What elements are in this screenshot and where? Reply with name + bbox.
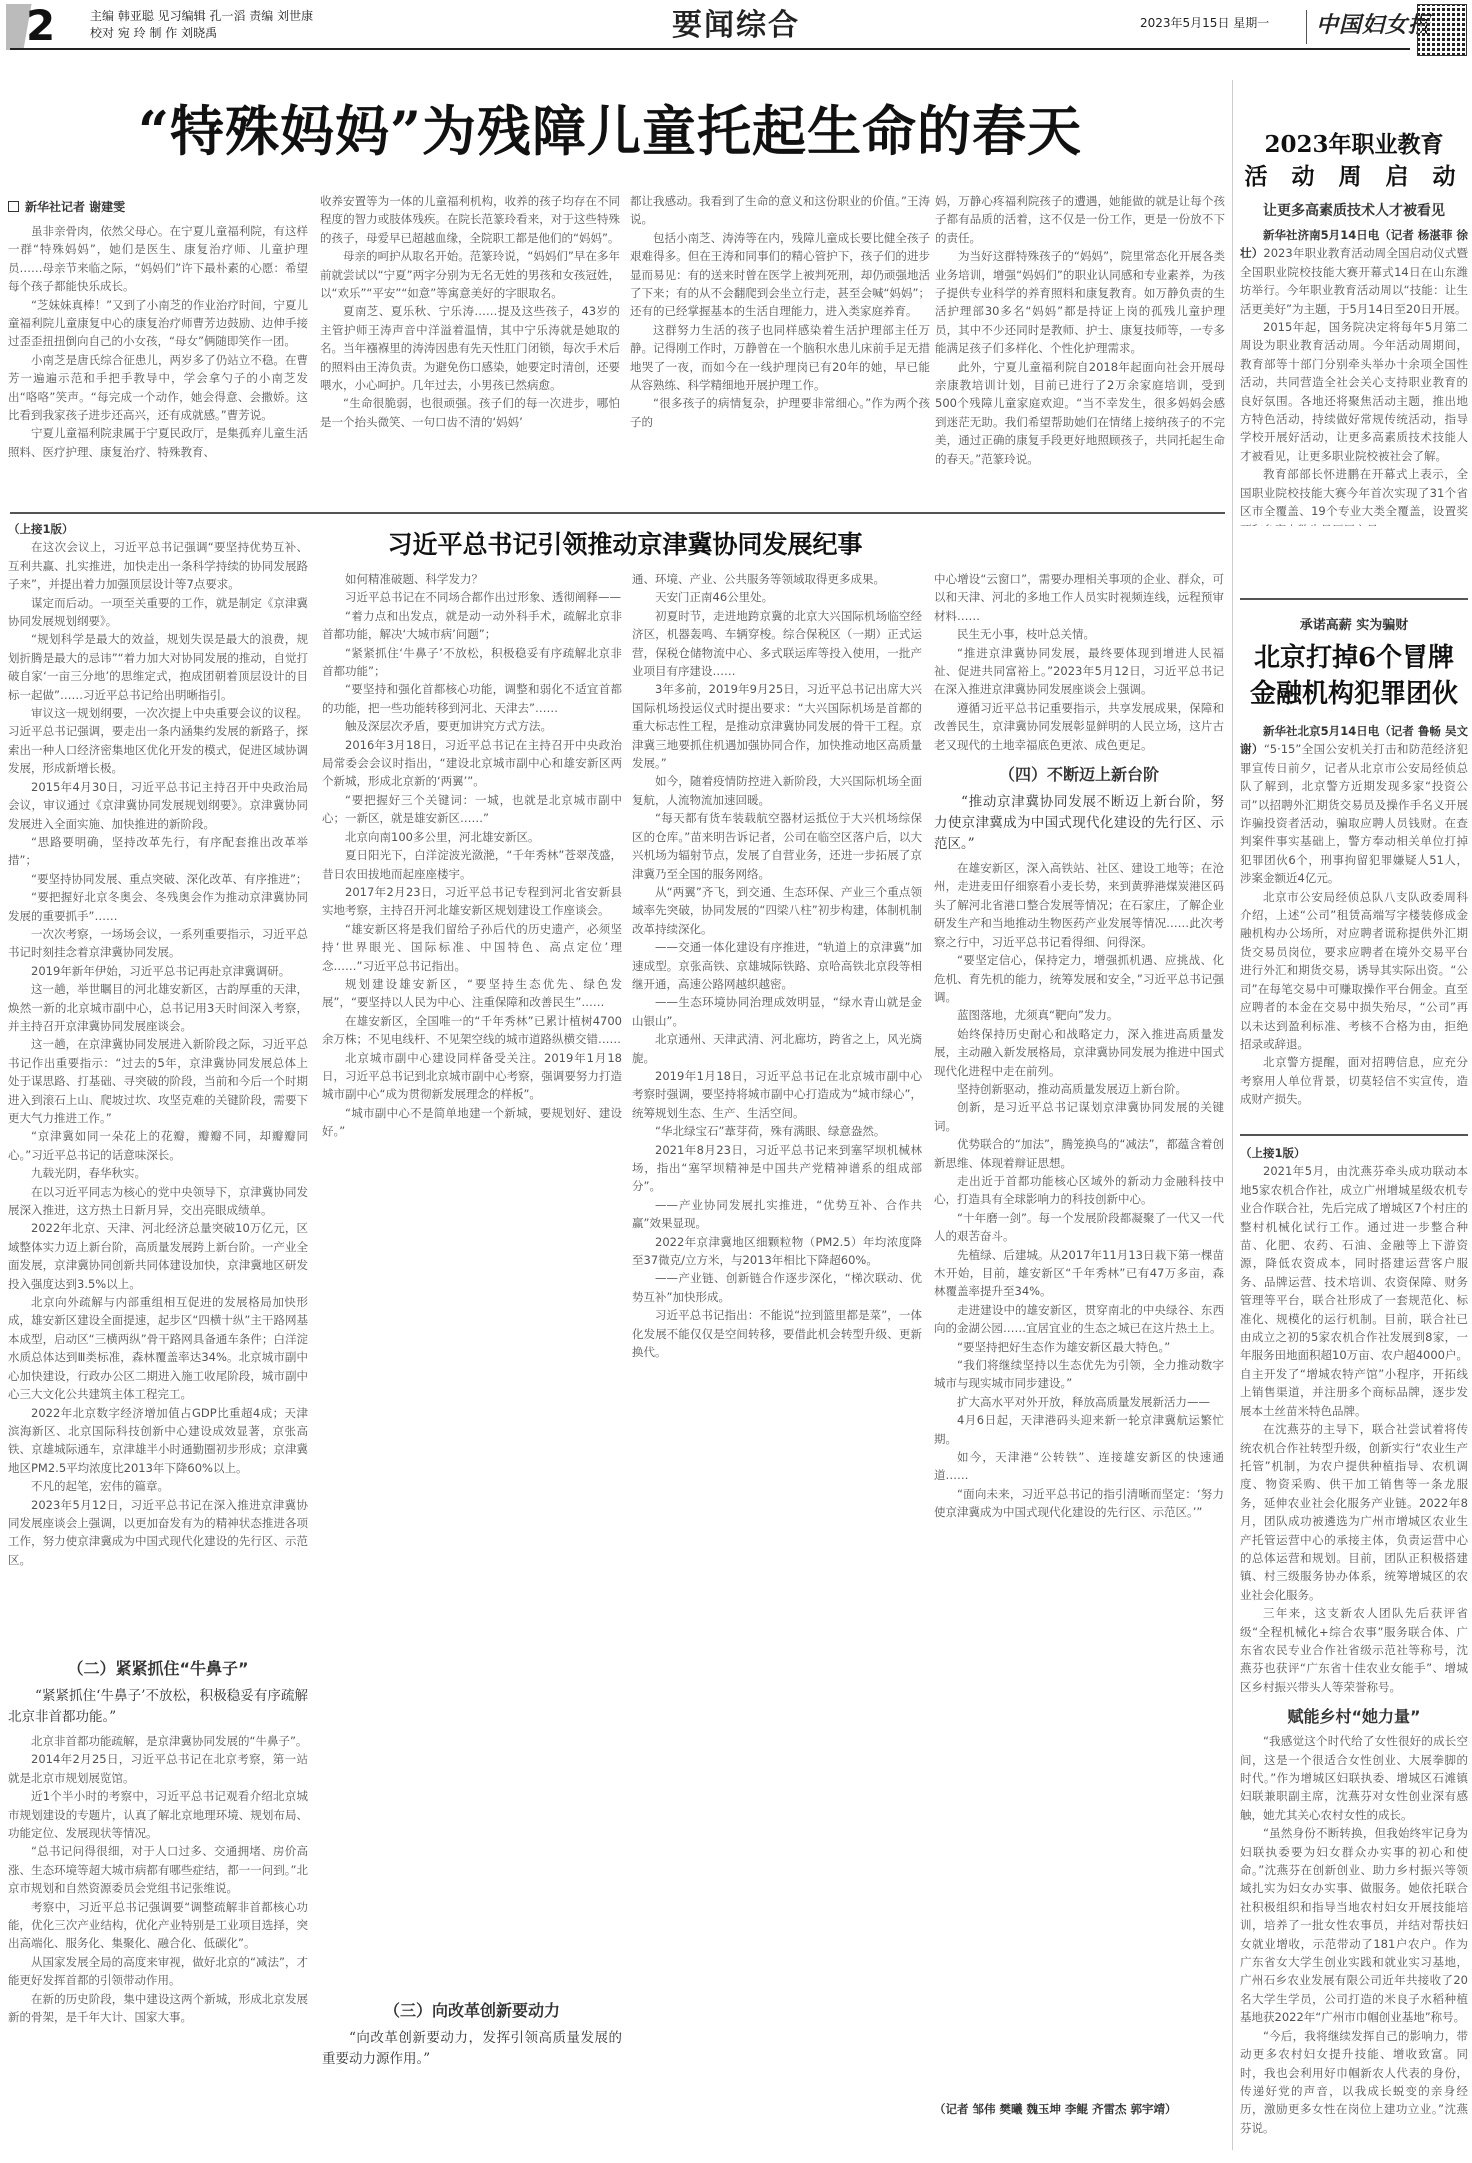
- paragraph: “总书记问得很细，对于人口过多、交通拥堵、房价高涨、生态环境等超大城市病都有哪些…: [8, 1842, 308, 1897]
- section-2-quote: “紧紧抓住‘牛鼻子’不放松，积极稳妥有序疏解北京非首都功能。”: [8, 1686, 308, 1728]
- masthead: 2 主编 韩亚聪 见习编辑 孔一滔 责编 刘世康 校对 宛 玲 制 作 刘晓禹 …: [0, 0, 1472, 56]
- paragraph: 母亲的呵护从取名开始。范篆玲说，“妈妈们”早在多年前就尝试以“宁夏”两字分别为无…: [320, 247, 620, 302]
- paragraph: 包括小南芝、涛涛等在内，残障儿童成长要比健全孩子艰难得多。但在王涛和同事们的精心…: [630, 229, 930, 321]
- paragraph: ——产业链、创新链合作逐步深化，“梯次联动、优势互补”加快形成。: [632, 1269, 922, 1306]
- feature-column-1: （上接1版） 在这次会议上，习近平总书记强调“要坚持优势互补、互利共赢、扎实推进…: [8, 520, 308, 1680]
- paragraph: 为当好这群特殊孩子的“妈妈”，院里常态化开展各类业务培训，增强“妈妈们”的职业认…: [935, 247, 1225, 357]
- paragraph: ——产业协同发展扎实推进，“优势互补、合作共赢”效果显现。: [632, 1196, 922, 1233]
- paragraph: 审议这一规划纲要，一次次提上中央重要会议的议程。习近平总书记强调，要走出一条内涵…: [8, 704, 308, 778]
- paragraph: 北京通州、天津武清、河北廊坊，跨省之上，风光旖旎。: [632, 1030, 922, 1067]
- paragraph: “5·15”全国公安机关打击和防范经济犯罪宣传日前夕，记者从北京市公安局经侦总队…: [1240, 742, 1468, 885]
- paragraph: “华北绿宝石”葦芽荷，殊有满眼、绿意盎然。: [632, 1122, 922, 1140]
- paragraph: 2015年4月30日，习近平总书记主持召开中央政治局会议，审议通过《京津冀协同发…: [8, 778, 308, 833]
- paragraph: 2016年3月18日，习近平总书记在主持召开中央政治局常委会会议时指出，“建设北…: [322, 736, 622, 791]
- paragraph: 扩大高水平对外开放，释放高质量发展新活力——: [934, 1393, 1224, 1411]
- paragraph: 2019年1月18日，习近平总书记在北京城市副中心考察时强调，要坚持将城市副中心…: [632, 1067, 922, 1122]
- feature-column-4: 中心增设“云窗口”，需要办理相关事项的企业、群众，可以和天津、河北的多地工作人员…: [934, 570, 1224, 2100]
- paragraph: “紧紧抓住‘牛鼻子’不放松，积极稳妥有序疏解北京非首都功能”；: [322, 644, 622, 681]
- paragraph: 遵循习近平总书记重要指示，共享发展成果，保障和改善民生，京津冀协同发展彰显鲜明的…: [934, 699, 1224, 754]
- paragraph: 4月6日起，天津港码头迎来新一轮京津冀航运繁忙期。: [934, 1411, 1224, 1448]
- paragraph: “要把握好北京冬奥会、冬残奥会作为推动京津冀协同发展的重要抓手”……: [8, 888, 308, 925]
- paragraph: 创新，是习近平总书记谋划京津冀协同发展的关键词。: [934, 1098, 1224, 1135]
- feature-column-3: 通、环境、产业、公共服务等领域取得更多成果。 天安门正南46公里处。 初夏时节，…: [632, 570, 922, 2160]
- paragraph: 在以习近平同志为核心的党中央领导下，京津冀协同发展深入推进，这方热土日新月异，交…: [8, 1183, 308, 1220]
- newspaper-logo: 中国妇女报: [1316, 10, 1431, 40]
- paragraph: 北京非首都功能疏解，是京津冀协同发展的“牛鼻子”。: [8, 1732, 308, 1750]
- paragraph: 通、环境、产业、公共服务等领域取得更多成果。: [632, 570, 922, 588]
- paragraph: “虽然身份不断转换，但我始终牢记身为妇联执委要为妇女群众办实事的初心和使命。”沈…: [1240, 1824, 1468, 2026]
- feature-end: （记者 邹伟 樊曦 魏玉坤 李鲲 齐雷杰 郭宇靖）: [934, 2100, 1224, 2160]
- paragraph: 北京向外疏解与内部重组相互促进的发展格局加快形成，雄安新区建设全面提速，起步区“…: [8, 1293, 308, 1403]
- continued-label: （上接1版）: [1240, 1144, 1468, 1162]
- paragraph: 收养安置等为一体的儿童福利机构，收养的孩子均存在不同程度的智力或肢体残疾。在院长…: [320, 192, 620, 247]
- paragraph: 先植绿、后建城。从2017年11月13日栽下第一棵苗木开始，目前，雄安新区“千年…: [934, 1246, 1224, 1301]
- paragraph: 北京向南100多公里，河北雄安新区。: [322, 828, 622, 846]
- paragraph: 妈，万静心疼福利院孩子的遭遇，她能做的就是让每个孩子都有品质的活着，这不仅是一份…: [935, 192, 1225, 247]
- byline-text: 新华社记者 谢建雯: [25, 200, 125, 214]
- sidebar-story1-headline-2: 活 动 周 启 动: [1240, 160, 1468, 193]
- reporter-signature: （记者 邹伟 樊曦 魏玉坤 李鲲 齐雷杰 郭宇靖）: [934, 2100, 1224, 2118]
- paragraph: 这群努力生活的孩子也同样感染着生活护理部主任万静。记得刚工作时，万静曾在一个脑积…: [630, 321, 930, 395]
- paragraph: 2021年5月，由沈燕芬牵头成功联动本地5家农机合作社，成立广州增城星级农机专业…: [1240, 1162, 1468, 1420]
- paragraph: 如今，天津港“公转铁”、连接雄安新区的快速通道……: [934, 1448, 1224, 1485]
- paragraph: “推进京津冀协同发展，最终要体现到增进人民福祉、促进共同富裕上。”2023年5月…: [934, 644, 1224, 699]
- paragraph: 2022年北京、天津、河北经济总量突破10万亿元，区域整体实力迈上新台阶，高质量…: [8, 1219, 308, 1293]
- paragraph: “面向未来，习近平总书记的指引清晰而坚定：‘努力使京津冀成为中国式现代化建设的先…: [934, 1485, 1224, 1522]
- lead-column-1: 虽非亲骨肉，依然父母心。在宁夏儿童福利院，有这样一群“特殊妈妈”，她们是医生、康…: [8, 222, 308, 492]
- paragraph: 2021年8月23日，习近平总书记来到塞罕坝机械林场，指出“塞罕坝精神是中国共产…: [632, 1141, 922, 1196]
- paragraph: 走出近于首都功能核心区域外的新动力金融科技中心，打造具有全球影响力的科技创新中心…: [934, 1172, 1224, 1209]
- paragraph: 都让我感动。我看到了生命的意义和这份职业的价值。”王涛说。: [630, 192, 930, 229]
- paragraph: 三年来，这支新农人团队先后获评省级“全程机械化+综合农事”服务联合体、广东省农民…: [1240, 1604, 1468, 1696]
- paragraph: 不凡的起笔，宏伟的篇章。: [8, 1477, 308, 1495]
- paragraph: “我感觉这个时代给了女性很好的成长空间，这是一个很适合女性创业、大展拳脚的时代。…: [1240, 1732, 1468, 1824]
- paragraph: 虽非亲骨肉，依然父母心。在宁夏儿童福利院，有这样一群“特殊妈妈”，她们是医生、康…: [8, 222, 308, 296]
- sidebar-story2-body: 新华社北京5月14日电（记者 鲁畅 吴文谢）“5·15”全国公安机关打击和防范经…: [1240, 722, 1468, 1122]
- paragraph: 习近平总书记在不同场合都作出过形象、透彻阐释——: [322, 588, 622, 606]
- sidebar-story1-body: 新华社济南5月14日电（记者 杨湛菲 徐壮）2023年职业教育活动周全国启动仪式…: [1240, 226, 1468, 526]
- paragraph: 蓝图落地，尤须真“靶向”发力。: [934, 1006, 1224, 1024]
- paragraph: 北京城市副中心建设同样备受关注。2019年1月18日，习近平总书记到北京城市副中…: [322, 1049, 622, 1104]
- paragraph: 在雄安新区，深入高铁站、社区、建设工地等；在沧州，走进麦田仔细察看小麦长势，来到…: [934, 859, 1224, 951]
- feature-column-2: 如何精准破题、科学发力？ 习近平总书记在不同场合都作出过形象、透彻阐释—— “着…: [322, 570, 622, 1980]
- paragraph: 此外，宁夏儿童福利院自2018年起面向社会开展母亲康教培训计划，目前已进行了2万…: [935, 358, 1225, 468]
- paragraph: “要坚定信心，保持定力，增强抓机遇、应挑战、化危机、育先机的能力，统筹发展和安全…: [934, 951, 1224, 1006]
- paragraph: ——交通一体化建设有序推进，“轨道上的京津冀”加速成型。京张高铁、京雄城际铁路、…: [632, 938, 922, 993]
- paragraph: 北京市公安局经侦总队八支队政委周科介绍，上述“公司”租赁高端写字楼装修成金融机构…: [1240, 888, 1468, 1054]
- paragraph: 这一趟，在京津冀协同发展进入新阶段之际，习近平总书记作出重要指示：“过去的5年，…: [8, 1035, 308, 1127]
- section-3-title: （三）向改革创新要动力: [322, 1998, 622, 2024]
- paragraph: 在新的历史阶段，集中建设这两个新城，形成北京发展新的骨架，是千年大计、国家大事。: [8, 1990, 308, 2027]
- continued-label: （上接1版）: [8, 520, 308, 538]
- paragraph: 在雄安新区，全国唯一的“千年秀林”已累计植树4700余万株；不见电线杆、不见架空…: [322, 1012, 622, 1049]
- paragraph: 从国家发展全局的高度来审视，做好北京的“减法”，才能更好发挥首都的引领带动作用。: [8, 1953, 308, 1990]
- paragraph: 教育部部长怀进鹏在开幕式上表示，全国职业院校技能大赛今年首次实现了31个省区市全…: [1240, 465, 1468, 526]
- paragraph: 一次次考察，一场场会议，一系列重要指示，习近平总书记时刻挂念着京津冀协同发展。: [8, 925, 308, 962]
- paragraph: 天安门正南46公里处。: [632, 588, 922, 606]
- feature-section-2: （二）紧紧抓住“牛鼻子” “紧紧抓住‘牛鼻子’不放松，积极稳妥有序疏解北京非首都…: [8, 1648, 308, 2158]
- section-divider: [10, 512, 1225, 514]
- paragraph: “思路要明确，坚持改革先行，有序配套推出改革举措”；: [8, 833, 308, 870]
- sidebar-story1-subhead: 让更多高素质技术人才被看见: [1240, 200, 1468, 220]
- paragraph: ——生态环境协同治理成效明显，“绿水青山就是金山银山”。: [632, 993, 922, 1030]
- paragraph: 在这次会议上，习近平总书记强调“要坚持优势互补、互利共赢、扎实推进，加快走出一条…: [8, 538, 308, 593]
- paragraph: “每天都有货车装载航空器材运抵位于大兴机场综保区的仓库。”苗来明告诉记者，公司在…: [632, 809, 922, 883]
- sidebar-story2-headline-1: 北京打掉6个冒牌: [1240, 640, 1468, 676]
- paragraph: 近1个半小时的考察中，习近平总书记观看介绍北京城市规划建设的专题片，认真了解北京…: [8, 1787, 308, 1842]
- paragraph: “雄安新区将是我们留给子孙后代的历史遗产，必须坚持‘世界眼光、国际标准、中国特色…: [322, 920, 622, 975]
- masthead-rule: [10, 48, 1410, 50]
- byline-box-icon: [8, 201, 19, 212]
- paragraph: “我们将继续坚持以生态优先为引领，全力推动数字城市与现实城市同步建设。”: [934, 1356, 1224, 1393]
- paragraph: “要把握好三个关键词：一城，也就是北京城市副中心；一新区，就是雄安新区……”: [322, 791, 622, 828]
- paragraph: 从“两翼”齐飞，到交通、生态环保、产业三个重点领域率先突破，协同发展的“四梁八柱…: [632, 883, 922, 938]
- paragraph: 在沈燕芬的主导下，联合社尝试着将传统农机合作社转型升级，创新实行“农业生产托管”…: [1240, 1420, 1468, 1604]
- lead-headline: “特殊妈妈”为残障儿童托起生命的春天: [0, 96, 1220, 166]
- paragraph: 宁夏儿童福利院隶属于宁夏民政厅，是集孤弃儿童生活照料、医疗护理、康复治疗、特殊教…: [8, 424, 308, 461]
- paragraph: 规划建设雄安新区，“要坚持生态优先、绿色发展”，“要坚持以人民为中心、注重保障和…: [322, 975, 622, 1012]
- paragraph: 2023年5月12日，习近平总书记在深入推进京津冀协同发展座谈会上强调，以更加奋…: [8, 1496, 308, 1570]
- sidebar-divider: [1232, 80, 1233, 2150]
- paragraph: 夏南芝、夏乐秋、宁乐涛……提及这些孩子，43岁的主管护师王涛声音中洋溢着温情，其…: [320, 302, 620, 394]
- lead-column-2: 收养安置等为一体的儿童福利机构，收养的孩子均存在不同程度的智力或肢体残疾。在院长…: [320, 192, 620, 492]
- paragraph: 如何精准破题、科学发力？: [322, 570, 622, 588]
- paragraph: 2022年北京数字经济增加值占GDP比重超4成；天津滨海新区、北京国际科技创新中…: [8, 1404, 308, 1478]
- paragraph: 2015年起，国务院决定将每年5月第二周设为职业教育活动周。今年活动周期间，教育…: [1240, 318, 1468, 465]
- feature-section-3: （三）向改革创新要动力 “向改革创新要动力，发挥引领高质量发展的重要动力源作用。…: [322, 1990, 622, 2160]
- paragraph: “城市副中心不是简单地建一个新城，要规划好、建设好。”: [322, 1104, 622, 1141]
- paragraph: “要坚持和强化首都核心功能，调整和弱化不适宜首都的功能，把一些功能转移到河北、天…: [322, 680, 622, 717]
- paragraph: “规划科学是最大的效益，规划失误是最大的浪费，规划折腾是最大的忌讳”“着力加大对…: [8, 630, 308, 704]
- paragraph: 始终保持历史耐心和战略定力，深入推进高质量发展，主动融入新发展格局，京津冀协同发…: [934, 1025, 1224, 1080]
- paragraph: 2023年职业教育活动周全国启动仪式暨全国职业院校技能大赛开幕式14日在山东潍坊…: [1240, 246, 1468, 315]
- sidebar-divider-2: [1240, 1134, 1468, 1136]
- paragraph: 民生无小事，枝叶总关情。: [934, 625, 1224, 643]
- lead-column-3: 都让我感动。我看到了生命的意义和这份职业的价值。”王涛说。 包括小南芝、涛涛等在…: [630, 192, 930, 492]
- paragraph: 初夏时节，走进地跨京冀的北京大兴国际机场临空经济区，机器轰鸣、车辆穿梭。综合保税…: [632, 607, 922, 681]
- paragraph: 触及深层次矛盾，要更加讲究方式方法。: [322, 717, 622, 735]
- sidebar-story2-kicker: 承诺高薪 实为骗财: [1240, 614, 1468, 633]
- paragraph: 坚持创新驱动，推动高质量发展迈上新台阶。: [934, 1080, 1224, 1098]
- paragraph: 优势联合的“加法”，腾笼换鸟的“减法”，都蕴含着创新思维、体现着辩证思想。: [934, 1135, 1224, 1172]
- paragraph: 如今，随着疫情防控进入新阶段，大兴国际机场全面复航，人流物流加速回暖。: [632, 772, 922, 809]
- section-4-quote: “推动京津冀协同发展不断迈上新台阶，努力使京津冀成为中国式现代化建设的先行区、示…: [934, 792, 1224, 855]
- paragraph: 北京警方提醒，面对招聘信息，应充分考察用人单位背景，切莫轻信不实宣传，造成财产损…: [1240, 1053, 1468, 1108]
- paragraph: “芝妹妹真棒！”又到了小南芝的作业治疗时间，宁夏儿童福利院儿童康复中心的康复治疗…: [8, 296, 308, 351]
- paragraph: “着力点和出发点，就是动一动外科手术，疏解北京非首都功能，解决‘大城市病’问题”…: [322, 607, 622, 644]
- paragraph: 考察中，习近平总书记强调要“调整疏解非首都核心功能，优化三次产业结构，优化产业特…: [8, 1898, 308, 1953]
- paragraph: 2014年2月25日，习近平总书记在北京考察，第一站就是北京市规划展览馆。: [8, 1750, 308, 1787]
- paragraph: “十年磨一剑”。每一个发展阶段都凝聚了一代又一代人的艰苦奋斗。: [934, 1209, 1224, 1246]
- issue-date: 2023年5月15日 星期一: [1140, 14, 1269, 31]
- section-2-title: （二）紧紧抓住“牛鼻子”: [8, 1656, 308, 1682]
- paragraph: 3年多前，2019年9月25日，习近平总书记出席大兴国际机场投运仪式时提出要求：…: [632, 680, 922, 772]
- paragraph: 谋定而后动。一项至关重要的工作，就是制定《京津冀协同发展规划纲要》。: [8, 594, 308, 631]
- sidebar-story3-subhead: 赋能乡村“她力量”: [1240, 1704, 1468, 1730]
- paragraph: “很多孩子的病情复杂，护理要非常细心。”作为两个孩子的: [630, 394, 930, 431]
- feature-headline: 习近平总书记引领推动京津冀协同发展纪事: [320, 525, 930, 565]
- paragraph: 夏日阳光下，白洋淀波光潋滟，“千年秀林”苍翠茂盛，昔日农田拔地而起座座楼宇。: [322, 846, 622, 883]
- paragraph: 中心增设“云窗口”，需要办理相关事项的企业、群众，可以和天津、河北的多地工作人员…: [934, 570, 1224, 625]
- sidebar-divider-1: [1240, 598, 1468, 600]
- paragraph: 这一趟，举世瞩目的河北雄安新区，古韵厚重的天津，焕然一新的北京城市副中心，总书记…: [8, 980, 308, 1035]
- paragraph: “京津冀如同一朵花上的花瓣，瓣瓣不同，却瓣瓣同心。”习近平总书记的话意味深长。: [8, 1127, 308, 1164]
- paragraph: 习近平总书记指出：不能说“拉到篮里都是菜”，一体化发展不能仅仅是空间转移，要借此…: [632, 1306, 922, 1361]
- sidebar-story1-headline-1: 2023年职业教育: [1240, 128, 1468, 161]
- sidebar-story2-headline-2: 金融机构犯罪团伙: [1240, 676, 1468, 712]
- lead-column-4: 妈，万静心疼福利院孩子的遭遇，她能做的就是让每个孩子都有品质的活着，这不仅是一份…: [935, 192, 1225, 492]
- paragraph: “生命很脆弱，也很顽强。孩子们的每一次进步，哪怕是一个抬头微笑、一句口齿不清的‘…: [320, 394, 620, 431]
- paragraph: “要坚持把好生态作为雄安新区最大特色。”: [934, 1338, 1224, 1356]
- section-3-quote: “向改革创新要动力，发挥引领高质量发展的重要动力源作用。”: [322, 2028, 622, 2070]
- paragraph: 走进建设中的雄安新区，贯穿南北的中央绿谷、东西向的金湖公园……宜居宜业的生态之城…: [934, 1301, 1224, 1338]
- paragraph: 2017年2月23日，习近平总书记专程到河北省安新县实地考察，主持召开河北雄安新…: [322, 883, 622, 920]
- qr-code-frame: [1417, 4, 1467, 56]
- masthead-divider: [1306, 10, 1307, 44]
- paragraph: “今后，我将继续发挥自己的影响力，带动更多农村妇女提升技能、增收致富。同时，我也…: [1240, 2027, 1468, 2137]
- paragraph: 2019年新年伊始，习近平总书记再赴京津冀调研。: [8, 962, 308, 980]
- lead-byline: 新华社记者 谢建雯: [8, 198, 125, 215]
- paragraph: “要坚持协同发展、重点突破、深化改革、有序推进”；: [8, 870, 308, 888]
- sidebar-story3-body: （上接1版） 2021年5月，由沈燕芬牵头成功联动本地5家农机合作社，成立广州增…: [1240, 1144, 1468, 2159]
- paragraph: 九载光阴，春华秋实。: [8, 1164, 308, 1182]
- section-4-title: （四）不断迈上新台阶: [934, 762, 1224, 788]
- paragraph: 2022年京津冀地区细颗粒物（PM2.5）年均浓度降至37微克/立方米，与201…: [632, 1233, 922, 1270]
- paragraph: 小南芝是唐氏综合征患儿，两岁多了仍站立不稳。在曹芳一遍遍示范和手把手教导中，学会…: [8, 351, 308, 425]
